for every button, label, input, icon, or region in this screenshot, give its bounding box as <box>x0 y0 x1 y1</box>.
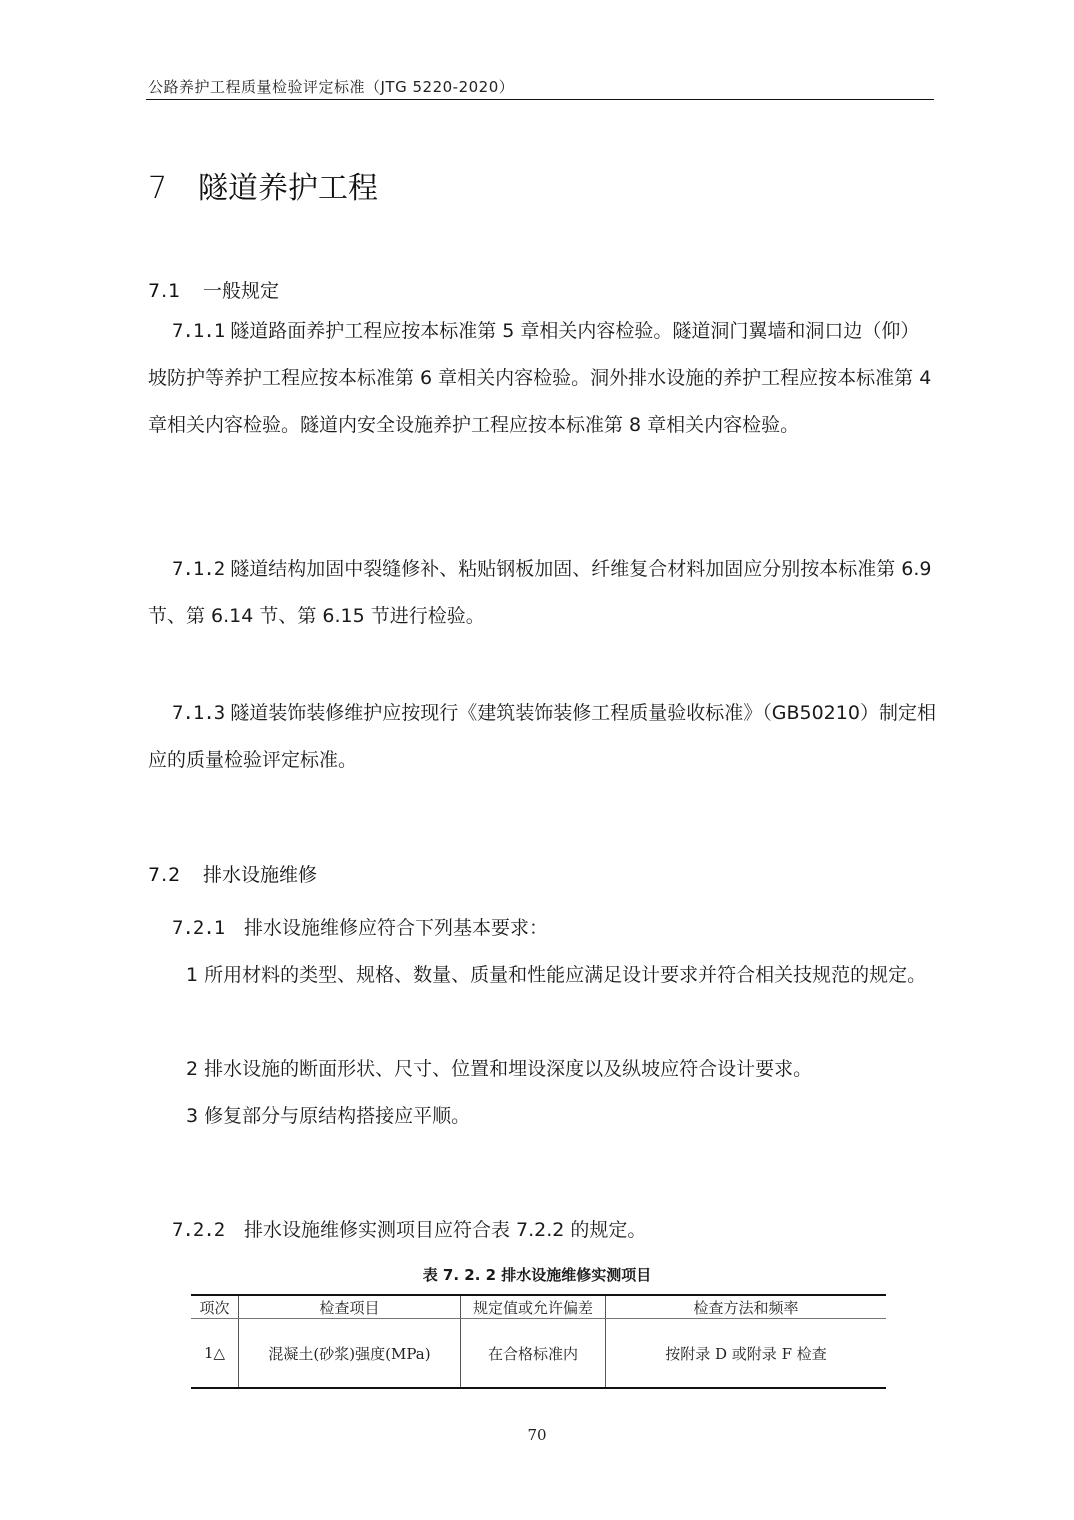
requirement-item-1: 1 所用材料的类型、规格、数量、质量和性能应满足设计要求并符合相关技规范的规定。 <box>186 952 938 999</box>
inspection-table: 项次 检查项目 规定值或允许偏差 检查方法和频率 1△ 混凝土(砂浆)强度(MP… <box>191 1294 886 1389</box>
clause-number: 7.1.1 <box>172 320 224 342</box>
clause-text: 隧道装饰装修维护应按现行《建筑装饰装修工程质量验收标准》（GB50210）制定相… <box>148 702 936 771</box>
table-cell: 按附录 D 或附录 F 检查 <box>606 1319 887 1389</box>
column-header: 规定值或允许偏差 <box>461 1295 606 1319</box>
column-header: 项次 <box>191 1295 239 1319</box>
clause-text: 排水设施维修应符合下列基本要求： <box>244 917 548 939</box>
clause-7-2-2: 7.2.2排水设施维修实测项目应符合表 7.2.2 的规定。 <box>172 1207 962 1254</box>
requirement-item-2: 2 排水设施的断面形状、尺寸、位置和埋设深度以及纵坡应符合设计要求。 <box>186 1046 938 1093</box>
chapter-title-text: 隧道养护工程 <box>198 171 378 206</box>
header-rule <box>146 99 934 100</box>
clause-text: 隧道结构加固中裂缝修补、粘贴钢板加固、纤维复合材料加固应分别按本标准第 6.9 … <box>148 558 932 627</box>
clause-number: 7.2.1 <box>172 905 244 952</box>
column-header: 检查项目 <box>239 1295 461 1319</box>
section-number: 7.1 <box>148 280 203 302</box>
page-number: 70 <box>0 1426 1074 1444</box>
column-header: 检查方法和频率 <box>606 1295 887 1319</box>
chapter-title: 7隧道养护工程 <box>148 163 378 207</box>
table-cell: 在合格标准内 <box>461 1319 606 1389</box>
section-heading-7-1: 7.1一般规定 <box>148 276 279 303</box>
clause-number: 7.2.2 <box>172 1207 244 1254</box>
running-header: 公路养护工程质量检验评定标准（JTG 5220-2020） <box>148 76 514 97</box>
chapter-number: 7 <box>148 171 198 206</box>
clause-text: 排水设施维修实测项目应符合表 7.2.2 的规定。 <box>244 1219 646 1241</box>
table-row: 1△ 混凝土(砂浆)强度(MPa) 在合格标准内 按附录 D 或附录 F 检查 <box>191 1319 886 1389</box>
requirement-item-3: 3 修复部分与原结构搭接应平顺。 <box>186 1093 938 1140</box>
clause-7-2-1: 7.2.1排水设施维修应符合下列基本要求： <box>172 905 962 952</box>
table-cell: 混凝土(砂浆)强度(MPa) <box>239 1319 461 1389</box>
section-number: 7.2 <box>148 864 203 886</box>
table-caption: 表 7. 2. 2 排水设施维修实测项目 <box>0 1264 1074 1285</box>
section-title-text: 一般规定 <box>203 280 279 302</box>
section-heading-7-2: 7.2排水设施维修 <box>148 860 317 887</box>
clause-7-1-3: 7.1.3 隧道装饰装修维护应按现行《建筑装饰装修工程质量验收标准》（GB502… <box>148 690 938 784</box>
section-title-text: 排水设施维修 <box>203 864 317 886</box>
clause-text: 隧道路面养护工程应按本标准第 5 章相关内容检验。隧道洞门翼墙和洞口边（仰）坡防… <box>148 320 931 436</box>
table-cell: 1△ <box>191 1319 239 1389</box>
clause-7-1-1: 7.1.1 隧道路面养护工程应按本标准第 5 章相关内容检验。隧道洞门翼墙和洞口… <box>148 308 938 449</box>
clause-number: 7.1.2 <box>172 558 224 580</box>
table-header-row: 项次 检查项目 规定值或允许偏差 检查方法和频率 <box>191 1295 886 1319</box>
clause-number: 7.1.3 <box>172 702 224 724</box>
clause-7-1-2: 7.1.2 隧道结构加固中裂缝修补、粘贴钢板加固、纤维复合材料加固应分别按本标准… <box>148 546 938 640</box>
